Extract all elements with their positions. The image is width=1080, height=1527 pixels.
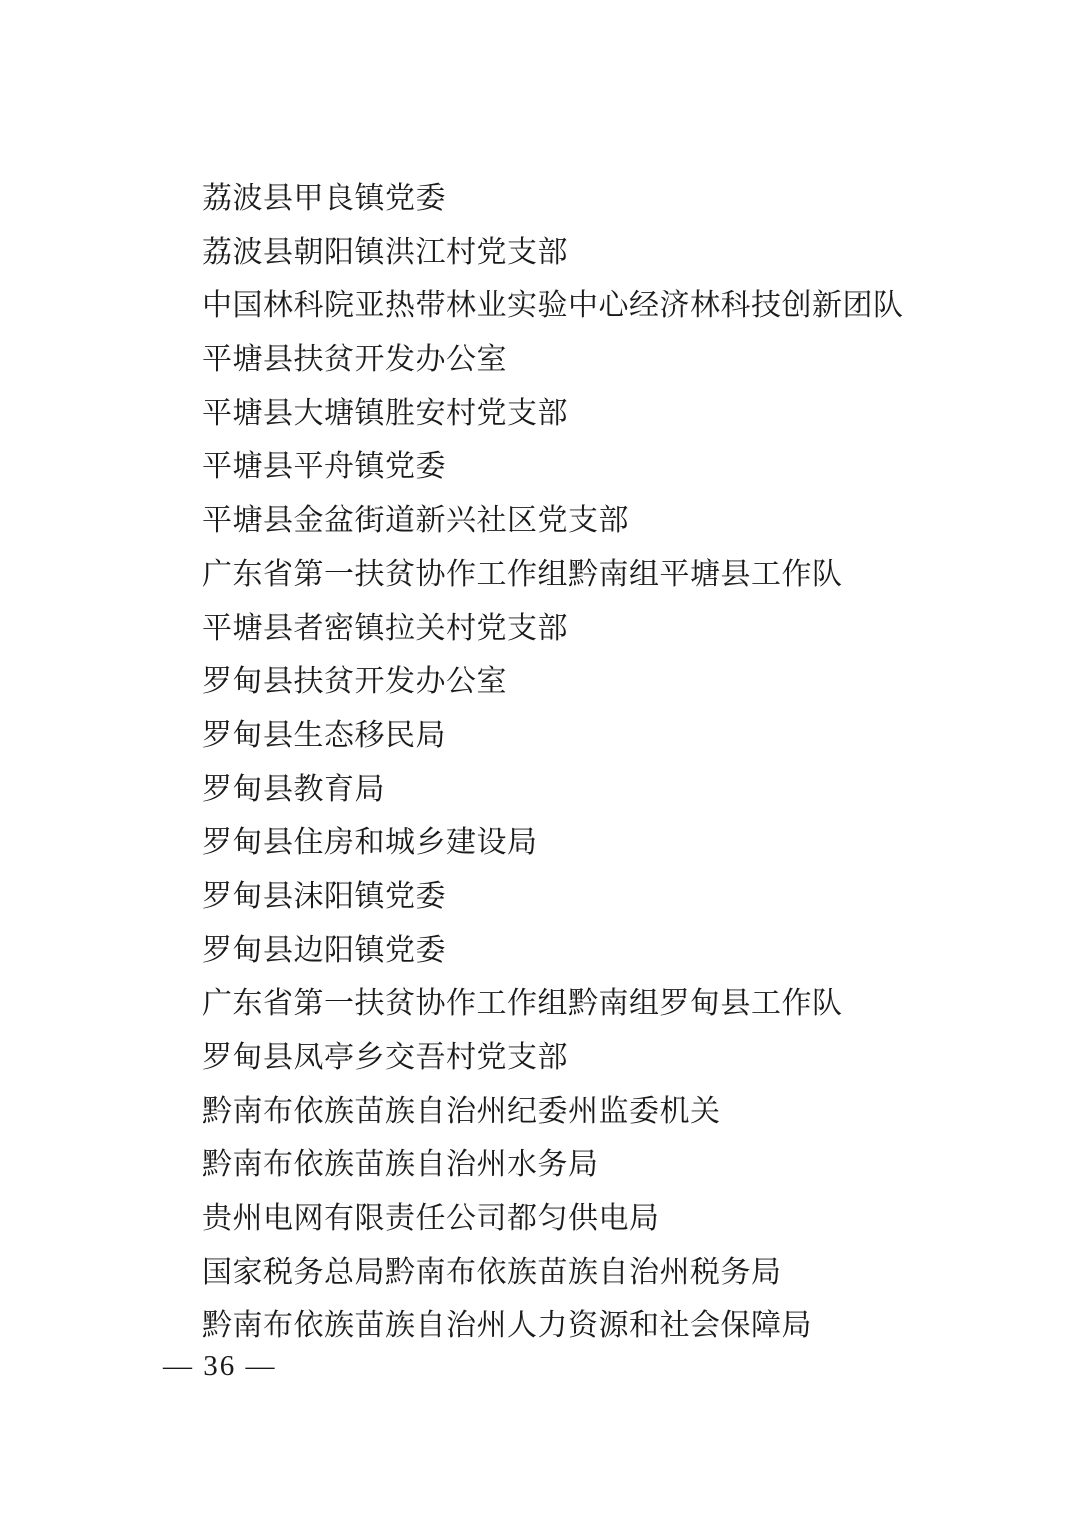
list-item: 广东省第一扶贫协作工作组黔南组罗甸县工作队 [202, 977, 1020, 1031]
list-item: 罗甸县教育局 [202, 763, 1020, 817]
list-item: 平塘县平舟镇党委 [202, 440, 1020, 494]
list-item: 黔南布依族苗族自治州人力资源和社会保障局 [202, 1299, 1020, 1353]
list-item: 平塘县大塘镇胜安村党支部 [202, 387, 1020, 441]
list-item: 黔南布依族苗族自治州水务局 [202, 1138, 1020, 1192]
list-item: 荔波县甲良镇党委 [202, 172, 1020, 226]
list-item: 罗甸县边阳镇党委 [202, 924, 1020, 978]
document-page: 荔波县甲良镇党委 荔波县朝阳镇洪江村党支部 中国林科院亚热带林业实验中心经济林科… [0, 0, 1080, 1527]
list-item: 广东省第一扶贫协作工作组黔南组平塘县工作队 [202, 548, 1020, 602]
list-item: 罗甸县沫阳镇党委 [202, 870, 1020, 924]
list-item: 平塘县金盆街道新兴社区党支部 [202, 494, 1020, 548]
list-item: 罗甸县住房和城乡建设局 [202, 816, 1020, 870]
list-item: 国家税务总局黔南布依族苗族自治州税务局 [202, 1246, 1020, 1300]
list-item: 罗甸县凤亭乡交吾村党支部 [202, 1031, 1020, 1085]
organization-list: 荔波县甲良镇党委 荔波县朝阳镇洪江村党支部 中国林科院亚热带林业实验中心经济林科… [202, 172, 1020, 1353]
list-item: 罗甸县生态移民局 [202, 709, 1020, 763]
list-item: 罗甸县扶贫开发办公室 [202, 655, 1020, 709]
list-item: 贵州电网有限责任公司都匀供电局 [202, 1192, 1020, 1246]
list-item: 平塘县者密镇拉关村党支部 [202, 602, 1020, 656]
list-item: 黔南布依族苗族自治州纪委州监委机关 [202, 1085, 1020, 1139]
list-item: 荔波县朝阳镇洪江村党支部 [202, 226, 1020, 280]
list-item: 中国林科院亚热带林业实验中心经济林科技创新团队 [202, 279, 1020, 333]
page-number: — 36 — [163, 1350, 277, 1383]
list-item: 平塘县扶贫开发办公室 [202, 333, 1020, 387]
